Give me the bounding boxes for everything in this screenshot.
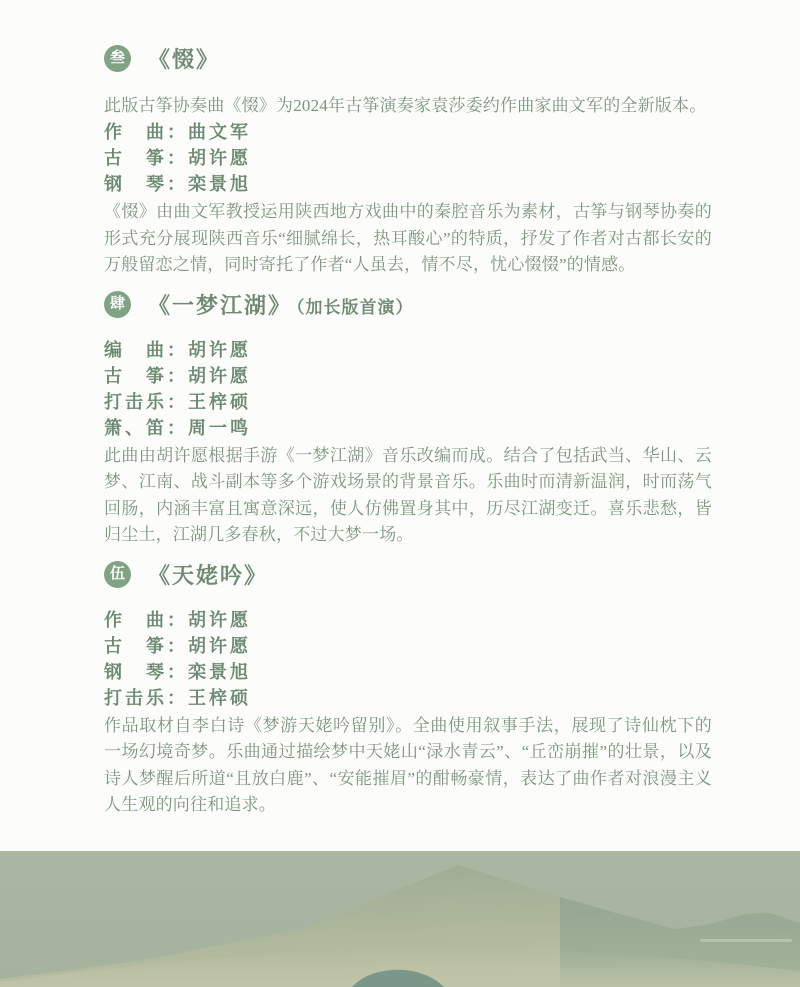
credit-row: 作 曲：胡许愿 [104, 607, 712, 633]
credit-name: 曲文军 [188, 122, 251, 142]
credit-row: 钢 琴：栾景旭 [104, 171, 712, 197]
piece-title: 《一梦江湖》（加长版首演） [148, 289, 414, 320]
credit-role: 打击乐： [104, 392, 188, 412]
credit-row: 钢 琴：栾景旭 [104, 659, 712, 685]
piece-title: 《惙》 [148, 43, 220, 74]
credit-row: 古 筝：胡许愿 [104, 363, 712, 389]
section-number-badge: 肆 [104, 291, 131, 318]
credit-name: 栾景旭 [188, 662, 251, 682]
piece-title-text: 《天姥吟》 [148, 563, 268, 588]
piece-title: 《天姥吟》 [148, 559, 268, 590]
credit-name: 胡许愿 [188, 610, 251, 630]
credits-list: 作 曲：曲文军 古 筝：胡许愿 钢 琴：栾景旭 [104, 119, 712, 197]
mountain-landscape-art [0, 851, 800, 987]
piece-title-text: 《一梦江湖》 [148, 293, 292, 318]
credit-row: 古 筝：胡许愿 [104, 633, 712, 659]
credits-list: 编 曲：胡许愿 古 筝：胡许愿 打击乐：王梓硕 箫、笛：周一鸣 [104, 337, 712, 441]
credit-role: 打击乐： [104, 688, 188, 708]
concert-program-page: 叁 《惙》 此版古筝协奏曲《惙》为2024年古筝演奏家袁莎委约作曲家曲文军的全新… [0, 0, 800, 987]
credit-name: 胡许愿 [188, 148, 251, 168]
credit-name: 栾景旭 [188, 174, 251, 194]
section-header: 叁 《惙》 [104, 44, 712, 72]
section-header: 伍 《天姥吟》 [104, 561, 712, 589]
credit-role: 作 曲： [104, 610, 188, 630]
section-number-badge: 伍 [104, 561, 131, 588]
credit-row: 打击乐：王梓硕 [104, 389, 712, 415]
piece-section-3: 叁 《惙》 此版古筝协奏曲《惙》为2024年古筝演奏家袁莎委约作曲家曲文军的全新… [104, 44, 712, 279]
section-number-badge: 叁 [104, 45, 131, 72]
credit-role: 作 曲： [104, 122, 188, 142]
credit-row: 打击乐：王梓硕 [104, 685, 712, 711]
credit-role: 箫、笛： [104, 418, 188, 438]
piece-section-5: 伍 《天姥吟》 作 曲：胡许愿 古 筝：胡许愿 钢 琴：栾景旭 打击乐：王梓硕 … [104, 561, 712, 819]
credit-name: 胡许愿 [188, 366, 251, 386]
piece-description: 《惙》由曲文军教授运用陕西地方戏曲中的秦腔音乐为素材，古筝与钢琴协奏的形式充分展… [104, 199, 712, 279]
credit-name: 胡许愿 [188, 340, 251, 360]
piece-section-4: 肆 《一梦江湖》（加长版首演） 编 曲：胡许愿 古 筝：胡许愿 打击乐：王梓硕 … [104, 291, 712, 549]
credit-role: 古 筝： [104, 366, 188, 386]
credit-row: 古 筝：胡许愿 [104, 145, 712, 171]
credit-name: 胡许愿 [188, 636, 251, 656]
credit-name: 周一鸣 [188, 418, 251, 438]
credit-name: 王梓硕 [188, 392, 251, 412]
credit-role: 古 筝： [104, 148, 188, 168]
piece-intro: 此版古筝协奏曲《惙》为2024年古筝演奏家袁莎委约作曲家曲文军的全新版本。 [104, 93, 712, 119]
credits-list: 作 曲：胡许愿 古 筝：胡许愿 钢 琴：栾景旭 打击乐：王梓硕 [104, 607, 712, 711]
section-header: 肆 《一梦江湖》（加长版首演） [104, 291, 712, 319]
credit-row: 箫、笛：周一鸣 [104, 415, 712, 441]
credit-role: 编 曲： [104, 340, 188, 360]
piece-subtitle: （加长版首演） [296, 298, 414, 317]
piece-title-text: 《惙》 [148, 47, 220, 72]
credit-role: 古 筝： [104, 636, 188, 656]
credit-row: 编 曲：胡许愿 [104, 337, 712, 363]
credit-row: 作 曲：曲文军 [104, 119, 712, 145]
credit-name: 王梓硕 [188, 688, 251, 708]
credit-role: 钢 琴： [104, 662, 188, 682]
program-content: 叁 《惙》 此版古筝协奏曲《惙》为2024年古筝演奏家袁莎委约作曲家曲文军的全新… [0, 0, 800, 851]
piece-description: 此曲由胡许愿根据手游《一梦江湖》音乐改编而成。结合了包括武当、华山、云梦、江南、… [104, 443, 712, 549]
piece-description: 作品取材自李白诗《梦游天姥吟留别》。全曲使用叙事手法，展现了诗仙枕下的一场幻境奇… [104, 713, 712, 819]
credit-role: 钢 琴： [104, 174, 188, 194]
mist-streak [700, 939, 792, 942]
